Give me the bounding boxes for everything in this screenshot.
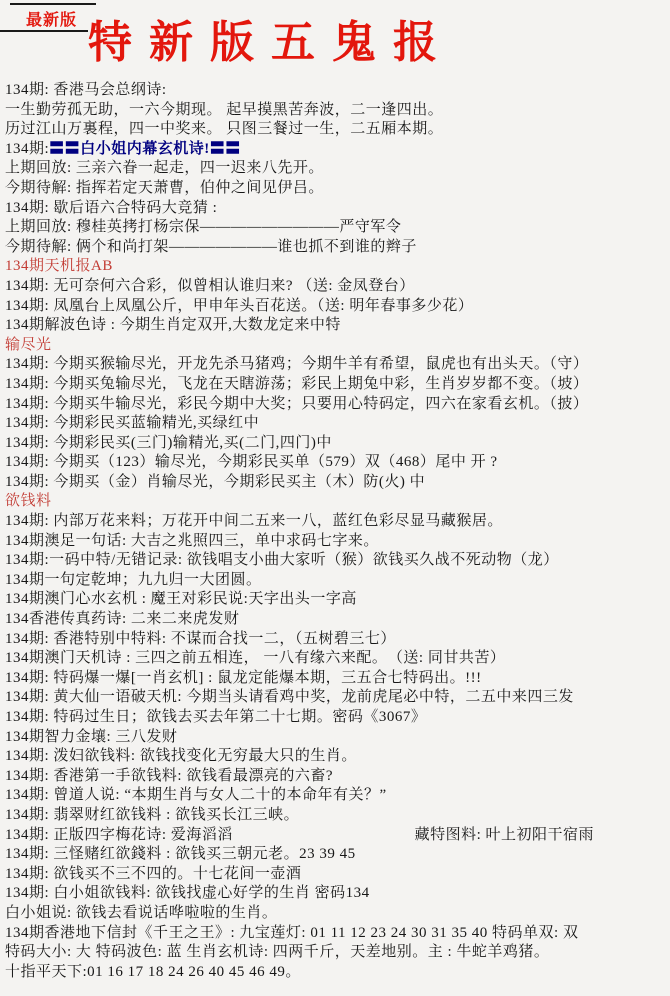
report-line: 134期: 今期买牛输尽光，彩民今期中大奖；只要用心特码定，四六在家看玄机。（披… xyxy=(5,395,668,415)
line-text: 134期: 今期买猴输尽光，开龙先杀马猪鸡；今期牛羊有希望，鼠虎也有出头天。（守… xyxy=(5,355,588,375)
report-line: 134香港传真药诗: 二来二来虎发财 xyxy=(5,610,668,630)
line-text: 134期: 正版四字梅花诗: 爱海滔滔 xyxy=(5,826,233,846)
report-line: 134期: 无可奈何六合彩，似曾相认谁归来? （送: 金凤登台） xyxy=(5,277,668,297)
line-text: 134期澳门心水玄机 : 魔王对彩民说:天字出头一字高 xyxy=(5,590,357,610)
line-text: 134期: 特码爆一爆[一肖玄机] : 鼠龙定能爆本期，三五合七特码出。!!! xyxy=(5,669,482,689)
report-line: 134期: 香港第一手欲钱料: 欲钱看最漂亮的六畜? xyxy=(5,767,668,787)
report-line: 134期: 今期彩民买蓝输精光,买绿红中 xyxy=(5,414,668,434)
report-line: 134期: 凤凰台上凤凰公斤，甲申年头百花送。（送: 明年春事多少花） xyxy=(5,297,668,317)
report-line: 欲钱料 xyxy=(5,492,668,512)
line-text: 134期: 今期买兔输尽光，飞龙在天瞎游荡；彩民上期兔中彩，生肖岁岁都不变。（坡… xyxy=(5,375,588,395)
report-line: 今期待解: 俩个和尚打架———————谁也抓不到谁的辫子 xyxy=(5,238,668,258)
line-text: 134期天机报AB xyxy=(5,257,113,277)
report-line: 134期: 黄大仙一语破天机: 今期当头请看鸡中奖，龙前虎尾必中特，二五中来四三… xyxy=(5,688,668,708)
line-text: 134期: 黄大仙一语破天机: 今期当头请看鸡中奖，龙前虎尾必中特，二五中来四三… xyxy=(5,688,574,708)
line-text: 输尽光 xyxy=(5,336,52,356)
report-line: 134期: 欲钱买不三不四的。十七花间一壶酒 xyxy=(5,865,668,885)
report-line: 134期澳足一句话: 大吉之兆照四三，单中求码七字来。 xyxy=(5,532,668,552)
line-text: 134期: 香港马会总纲诗: xyxy=(5,81,167,101)
line-text: 〓〓 xyxy=(210,140,241,160)
line-text: 134期: 泼妇欲钱料: 欲钱找变化无穷最大只的生肖。 xyxy=(5,747,357,767)
report-line: 134期天机报AB xyxy=(5,257,668,277)
line-text: 〓〓 xyxy=(49,140,80,160)
line-text: 上期回放: 三亲六眷一起走，四一迟来八先开。 xyxy=(5,159,324,179)
report-line: 134期: 今期买兔输尽光，飞龙在天瞎游荡；彩民上期兔中彩，生肖岁岁都不变。（坡… xyxy=(5,375,668,395)
line-text: 欲钱料 xyxy=(5,492,52,512)
line-text: 134期: 曾道人说: “本期生肖与女人二十的本命年有关？” xyxy=(5,786,387,806)
report-line: 134期: 泼妇欲钱料: 欲钱找变化无穷最大只的生肖。 xyxy=(5,747,668,767)
line-text: 134期: 今期买（123）输尽光，今期彩民买单（579）双（468）尾中 开 … xyxy=(5,453,498,473)
report-line: 上期回放: 穆桂英拷打杨宗保—————————严守军令 xyxy=(5,218,668,238)
report-line: 134期: 今期彩民买(三门)输精光,买(二门,四门)中 xyxy=(5,434,668,454)
line-text: 藏特图料: 叶上初阳干宿雨 xyxy=(415,826,594,846)
report-line: 134期: 香港特别中特料: 不谋而合找一二，（五树碧三七） xyxy=(5,630,668,650)
report-line: 特码大小: 大 特码波色: 蓝 生肖玄机诗: 四两千斤，天差地别。主 : 牛蛇羊… xyxy=(5,943,668,963)
report-body: 134期: 香港马会总纲诗:一生勤劳孤无助，一六今期现。 起早摸黑苦奔波，二一逢… xyxy=(5,81,668,982)
line-text: 134期: 凤凰台上凤凰公斤，甲申年头百花送。（送: 明年春事多少花） xyxy=(5,297,473,317)
line-text: 134期: 歇后语六合特码大竞猜 : xyxy=(5,199,217,219)
report-line: 上期回放: 三亲六眷一起走，四一迟来八先开。 xyxy=(5,159,668,179)
line-text: 134期澳足一句话: 大吉之兆照四三，单中求码七字来。 xyxy=(5,532,379,552)
report-line: 134期: 香港马会总纲诗: xyxy=(5,81,668,101)
line-text: 134期: 欲钱买不三不四的。十七花间一壶酒 xyxy=(5,865,301,885)
report-line: 历过江山万裏程，四一中奖来。 只图三餐过一生，二五厢本期。 xyxy=(5,120,668,140)
line-text: 134期香港地下信封《千王之王》: 九宝莲灯: 01 11 12 23 24 3… xyxy=(5,924,578,944)
line-text: 134期: 内部万花来料；万花开中间二五来一八，蓝红色彩尽显马藏猴居。 xyxy=(5,512,503,532)
line-text: 134期: 今期买牛输尽光，彩民今期中大奖；只要用心特码定，四六在家看玄机。（披… xyxy=(5,395,588,415)
report-line: 134期解波色诗 : 今期生肖定双开,大数龙定来中特 xyxy=(5,316,668,336)
line-text: 134期: 白小姐欲钱料: 欲钱找虚心好学的生肖 密码134 xyxy=(5,884,370,904)
report-line: 134期智力金壤: 三八发财 xyxy=(5,728,668,748)
divider-line-top xyxy=(10,3,96,5)
report-line: 134期: 今期买猴输尽光，开龙先杀马猪鸡；今期牛羊有希望，鼠虎也有出头天。（守… xyxy=(5,355,668,375)
line-text: 134期智力金壤: 三八发财 xyxy=(5,728,177,748)
report-line: 134期: 特码过生日；欲钱去买去年第二十七期。密码《3067》 xyxy=(5,708,668,728)
line-text: 134期: 香港第一手欲钱料: 欲钱看最漂亮的六畜? xyxy=(5,767,333,787)
line-text: 十指平天下:01 16 17 18 24 26 40 45 46 49。 xyxy=(5,963,301,983)
report-line: 十指平天下:01 16 17 18 24 26 40 45 46 49。 xyxy=(5,963,668,983)
line-text: 今期待解: 指挥若定天萧曹，伯仲之间见伊吕。 xyxy=(5,179,324,199)
line-text: 134期: xyxy=(5,140,49,160)
line-text: 134期: 今期买（金）肖输尽光，今期彩民买主（木）防(火) 中 xyxy=(5,473,425,493)
report-line: 134期: 今期买（金）肖输尽光，今期彩民买主（木）防(火) 中 xyxy=(5,473,668,493)
line-text: 134期:一码中特/无错记录: 欲钱唱支小曲大家听（猴）欲钱买久战不死动物（龙） xyxy=(5,551,559,571)
report-line: 今期待解: 指挥若定天萧曹，伯仲之间见伊吕。 xyxy=(5,179,668,199)
line-text: 一生勤劳孤无助，一六今期现。 起早摸黑苦奔波，二一逢四出。 xyxy=(5,101,443,121)
line-text: 上期回放: 穆桂英拷打杨宗保—————————严守军令 xyxy=(5,218,401,238)
report-line: 134期香港地下信封《千王之王》: 九宝莲灯: 01 11 12 23 24 3… xyxy=(5,924,668,944)
line-text: 134期: 特码过生日；欲钱去买去年第二十七期。密码《3067》 xyxy=(5,708,426,728)
line-text: 特码大小: 大 特码波色: 蓝 生肖玄机诗: 四两千斤，天差地别。主 : 牛蛇羊… xyxy=(5,943,549,963)
line-text: 白小姐内幕玄机诗! xyxy=(80,140,210,160)
line-text: 134期: 无可奈何六合彩，似曾相认谁归来? （送: 金凤登台） xyxy=(5,277,415,297)
line-text: 134期: 今期彩民买(三门)输精光,买(二门,四门)中 xyxy=(5,434,332,454)
line-text: 134香港传真药诗: 二来二来虎发财 xyxy=(5,610,239,630)
report-line: 134期: 〓〓白小姐内幕玄机诗! 〓〓 xyxy=(5,140,668,160)
report-line: 134期一句定乾坤；九九归一大团圆。 xyxy=(5,571,668,591)
line-text: 134期: 翡翠财红欲钱料 : 欲钱买长江三峡。 xyxy=(5,806,299,826)
report-line: 134期: 今期买（123）输尽光，今期彩民买单（579）双（468）尾中 开 … xyxy=(5,453,668,473)
report-line: 134期: 白小姐欲钱料: 欲钱找虚心好学的生肖 密码134 xyxy=(5,884,668,904)
line-text: 白小姐说: 欲钱去看说话哗啦啦的生肖。 xyxy=(5,904,277,924)
latest-edition-badge: 最新版 xyxy=(26,7,77,30)
line-text: 今期待解: 俩个和尚打架———————谁也抓不到谁的辫子 xyxy=(5,238,417,258)
report-line: 134期澳门心水玄机 : 魔王对彩民说:天字出头一字高 xyxy=(5,590,668,610)
line-text: 134期: 三怪赌红欲錢料 : 欲钱买三朝元老。23 39 45 xyxy=(5,845,356,865)
report-line: 白小姐说: 欲钱去看说话哗啦啦的生肖。 xyxy=(5,904,668,924)
report-line: 134期: 翡翠财红欲钱料 : 欲钱买长江三峡。 xyxy=(5,806,668,826)
line-text: 134期一句定乾坤；九九归一大团圆。 xyxy=(5,571,262,591)
report-line: 134期: 歇后语六合特码大竞猜 : xyxy=(5,199,668,219)
divider-line-bottom xyxy=(0,30,88,32)
report-line: 134期: 正版四字梅花诗: 爱海滔滔藏特图料: 叶上初阳干宿雨 xyxy=(5,826,668,846)
line-text: 134期澳门天机诗 : 三四之前五相连， 一八有缘六来配。 （送: 同甘共苦） xyxy=(5,649,505,669)
report-line: 134期澳门天机诗 : 三四之前五相连， 一八有缘六来配。 （送: 同甘共苦） xyxy=(5,649,668,669)
line-text: 134期解波色诗 : 今期生肖定双开,大数龙定来中特 xyxy=(5,316,341,336)
report-line: 输尽光 xyxy=(5,336,668,356)
report-header: 最新版 特 新 版 五 鬼 报 xyxy=(0,0,670,80)
report-line: 134期: 三怪赌红欲錢料 : 欲钱买三朝元老。23 39 45 xyxy=(5,845,668,865)
report-line: 134期: 内部万花来料；万花开中间二五来一八，蓝红色彩尽显马藏猴居。 xyxy=(5,512,668,532)
page-title: 特 新 版 五 鬼 报 xyxy=(88,18,440,68)
report-line: 134期:一码中特/无错记录: 欲钱唱支小曲大家听（猴）欲钱买久战不死动物（龙） xyxy=(5,551,668,571)
line-text: 134期: 香港特别中特料: 不谋而合找一二，（五树碧三七） xyxy=(5,630,396,650)
report-line: 134期: 曾道人说: “本期生肖与女人二十的本命年有关？” xyxy=(5,786,668,806)
report-line: 134期: 特码爆一爆[一肖玄机] : 鼠龙定能爆本期，三五合七特码出。!!! xyxy=(5,669,668,689)
report-line: 一生勤劳孤无助，一六今期现。 起早摸黑苦奔波，二一逢四出。 xyxy=(5,101,668,121)
line-text: 历过江山万裏程，四一中奖来。 只图三餐过一生，二五厢本期。 xyxy=(5,120,443,140)
line-text: 134期: 今期彩民买蓝输精光,买绿红中 xyxy=(5,414,259,434)
